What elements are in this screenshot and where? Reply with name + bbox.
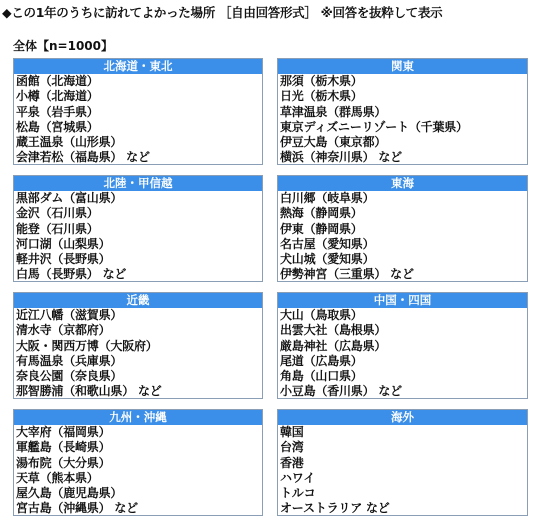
page-title: ◆この1年のうちに訪れてよかった場所 ［自由回答形式］ ※回答を抜粋して表示 [2,3,442,21]
list-item: 韓国 [280,425,527,440]
list-item: 香港 [280,456,527,471]
list-item: オーストラリア など [280,501,527,516]
list-item: 天草（熊本県） [16,471,262,486]
list-item: 犬山城（愛知県） [280,252,527,267]
list-item: 大阪・関西万博（大阪府） [16,339,262,354]
list-item: トルコ [280,486,527,501]
region-header: 海外 [278,410,527,425]
list-item: 角島（山口県） [280,369,527,384]
region-header: 関東 [278,59,527,74]
list-item: 出雲大社（島根県） [280,323,527,338]
region-box-chugoku-shikoku: 中国・四国 大山（鳥取県） 出雲大社（島根県） 厳島神社（広島県） 尾道（広島県… [277,292,528,399]
region-header: 近畿 [14,293,262,308]
list-item: 函館（北海道） [16,74,262,89]
list-item: 横浜（神奈川県） など [280,150,527,165]
list-item: 日光（栃木県） [280,89,527,104]
list-item: 清水寺（京都府） [16,323,262,338]
list-item: 近江八幡（滋賀県） [16,308,262,323]
list-item: 屋久島（鹿児島県） [16,486,262,501]
list-item: 宮古島（沖縄県） など [16,501,262,516]
region-box-tokai: 東海 白川郷（岐阜県） 熱海（静岡県） 伊東（静岡県） 名古屋（愛知県） 犬山城… [277,175,528,282]
place-list: 那須（栃木県） 日光（栃木県） 草津温泉（群馬県） 東京ディズニーリゾート（千葉… [278,74,527,166]
region-box-overseas: 海外 韓国 台湾 香港 ハワイ トルコ オーストラリア など [277,409,528,516]
list-item: 平泉（岩手県） [16,105,262,120]
list-item: 能登（石川県） [16,222,262,237]
place-list: 近江八幡（滋賀県） 清水寺（京都府） 大阪・関西万博（大阪府） 有馬温泉（兵庫県… [14,308,262,400]
list-item: ハワイ [280,471,527,486]
list-item: 軽井沢（長野県） [16,252,262,267]
region-header: 北陸・甲信越 [14,176,262,191]
list-item: 松島（宮城県） [16,120,262,135]
list-item: 伊東（静岡県） [280,222,527,237]
list-item: 有馬温泉（兵庫県） [16,354,262,369]
region-box-kyushu-okinawa: 九州・沖縄 大宰府（福岡県） 軍艦島（長崎県） 湯布院（大分県） 天草（熊本県）… [13,409,263,516]
region-box-hokkaido-tohoku: 北海道・東北 函館（北海道） 小樽（北海道） 平泉（岩手県） 松島（宮城県） 蔵… [13,58,263,165]
region-header: 中国・四国 [278,293,527,308]
list-item: 河口湖（山梨県） [16,237,262,252]
list-item: 軍艦島（長崎県） [16,440,262,455]
list-item: 金沢（石川県） [16,206,262,221]
list-item: 那智勝浦（和歌山県） など [16,384,262,399]
region-header: 九州・沖縄 [14,410,262,425]
list-item: 黒部ダム（富山県） [16,191,262,206]
place-list: 函館（北海道） 小樽（北海道） 平泉（岩手県） 松島（宮城県） 蔵王温泉（山形県… [14,74,262,166]
list-item: 草津温泉（群馬県） [280,105,527,120]
list-item: 小樽（北海道） [16,89,262,104]
place-list: 韓国 台湾 香港 ハワイ トルコ オーストラリア など [278,425,527,517]
list-item: 熱海（静岡県） [280,206,527,221]
region-box-hokuriku-koshinetsu: 北陸・甲信越 黒部ダム（富山県） 金沢（石川県） 能登（石川県） 河口湖（山梨県… [13,175,263,282]
list-item: 尾道（広島県） [280,354,527,369]
list-item: 湯布院（大分県） [16,456,262,471]
place-list: 黒部ダム（富山県） 金沢（石川県） 能登（石川県） 河口湖（山梨県） 軽井沢（長… [14,191,262,283]
list-item: 東京ディズニーリゾート（千葉県） [280,120,527,135]
list-item: 厳島神社（広島県） [280,339,527,354]
list-item: 伊豆大島（東京都） [280,135,527,150]
list-item: 伊勢神宮（三重県） など [280,267,527,282]
list-item: 台湾 [280,440,527,455]
region-box-kinki: 近畿 近江八幡（滋賀県） 清水寺（京都府） 大阪・関西万博（大阪府） 有馬温泉（… [13,292,263,399]
place-list: 白川郷（岐阜県） 熱海（静岡県） 伊東（静岡県） 名古屋（愛知県） 犬山城（愛知… [278,191,527,283]
list-item: 名古屋（愛知県） [280,237,527,252]
sample-size-label: 全体【n=1000】 [13,37,113,54]
regions-grid: 北海道・東北 函館（北海道） 小樽（北海道） 平泉（岩手県） 松島（宮城県） 蔵… [13,58,529,516]
list-item: 会津若松（福島県） など [16,150,262,165]
list-item: 大宰府（福岡県） [16,425,262,440]
region-header: 北海道・東北 [14,59,262,74]
list-item: 白馬（長野県） など [16,267,262,282]
list-item: 小豆島（香川県） など [280,384,527,399]
place-list: 大山（鳥取県） 出雲大社（島根県） 厳島神社（広島県） 尾道（広島県） 角島（山… [278,308,527,400]
list-item: 蔵王温泉（山形県） [16,135,262,150]
list-item: 那須（栃木県） [280,74,527,89]
list-item: 白川郷（岐阜県） [280,191,527,206]
place-list: 大宰府（福岡県） 軍艦島（長崎県） 湯布院（大分県） 天草（熊本県） 屋久島（鹿… [14,425,262,517]
list-item: 奈良公園（奈良県） [16,369,262,384]
region-box-kanto: 関東 那須（栃木県） 日光（栃木県） 草津温泉（群馬県） 東京ディズニーリゾート… [277,58,528,165]
list-item: 大山（鳥取県） [280,308,527,323]
region-header: 東海 [278,176,527,191]
